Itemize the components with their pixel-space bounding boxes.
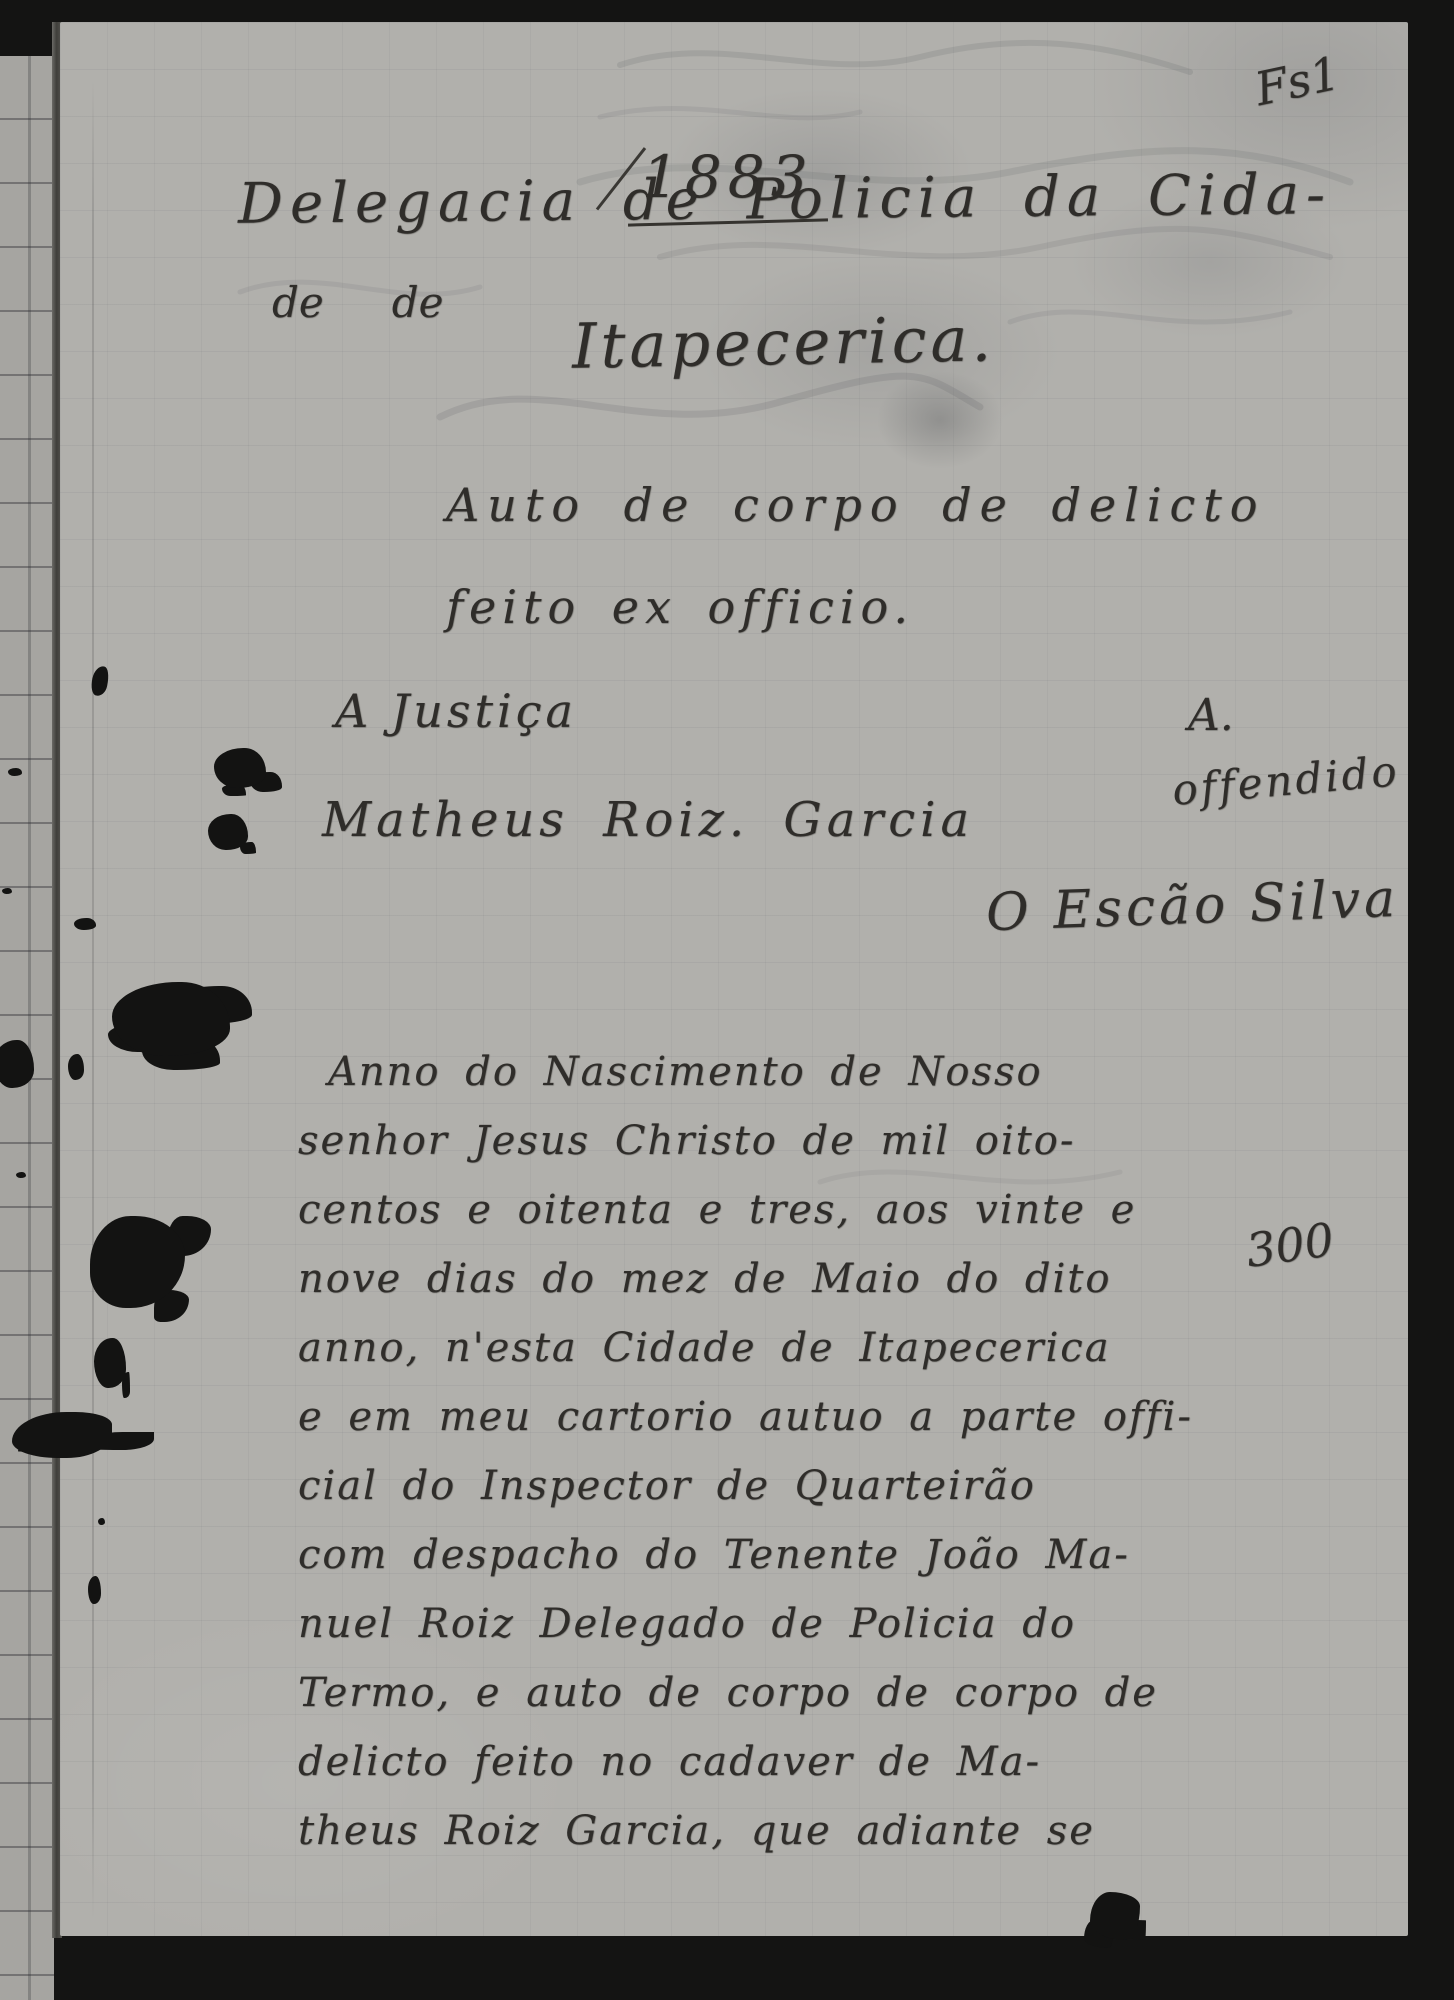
heading-word-de-1: de (272, 278, 324, 327)
title-line-1: Auto de corpo de delicto (446, 482, 1265, 528)
body-line: com despacho do Tenente João Ma- (298, 1521, 1288, 1590)
heading-line-1: Delegacia de Policia da Cida- (238, 167, 1332, 233)
ink-blot (2, 888, 12, 894)
party-right-line-1: A. (1188, 694, 1234, 738)
body-line: theus Roiz Garcia, que adiante se (298, 1797, 1288, 1866)
body-line: delicto feito no cadaver de Ma- (298, 1728, 1288, 1797)
body-line: senhor Jesus Christo de mil oito- (298, 1107, 1288, 1176)
body-line: Termo, e auto de corpo de corpo de (298, 1659, 1288, 1728)
ink-blot (214, 748, 266, 788)
ink-blot (88, 1576, 101, 1604)
ink-blot (8, 768, 22, 776)
underlying-page-edge (0, 56, 54, 2000)
body-line: e em meu cartorio autuo a parte offi- (298, 1383, 1288, 1452)
party-left-line-2: Matheus Roiz. Garcia (322, 796, 974, 844)
ink-blot (94, 1338, 126, 1388)
title-line-2: feito ex officio. (446, 584, 914, 630)
body-line: anno, n'esta Cidade de Itapecerica (298, 1314, 1288, 1383)
body-line: cial do Inspector de Quarteirão (298, 1452, 1288, 1521)
body-line: nove dias do mez de Maio do dito (298, 1245, 1288, 1314)
ink-blot (74, 918, 96, 930)
ink-blot (1090, 1892, 1140, 1940)
heading-word-de-2: de (392, 278, 444, 327)
ink-blot (68, 1054, 84, 1080)
paper-crease (92, 80, 94, 1920)
body-paragraph: Anno do Nascimento de Nosso senhor Jesus… (298, 1038, 1288, 1866)
ink-blot (0, 1040, 34, 1088)
body-line: nuel Roiz Delegado de Policia do (298, 1590, 1288, 1659)
ink-blot (112, 982, 230, 1056)
ink-blot (98, 1518, 105, 1525)
body-line: Anno do Nascimento de Nosso (298, 1038, 1288, 1107)
document-scan: Fs1 1883 Delegacia de Policia da Cida- d… (0, 0, 1454, 2000)
party-left-line-1: A Justiça (335, 688, 577, 734)
place-name: Itapecerica. (571, 308, 995, 377)
body-line: centos e oitenta e tres, aos vinte e (298, 1176, 1288, 1245)
ink-blot (16, 1172, 26, 1178)
scribe-signature-line: O Escão Silva (985, 873, 1400, 939)
heading-line-2: dede (272, 282, 444, 324)
ink-blot (208, 814, 248, 850)
